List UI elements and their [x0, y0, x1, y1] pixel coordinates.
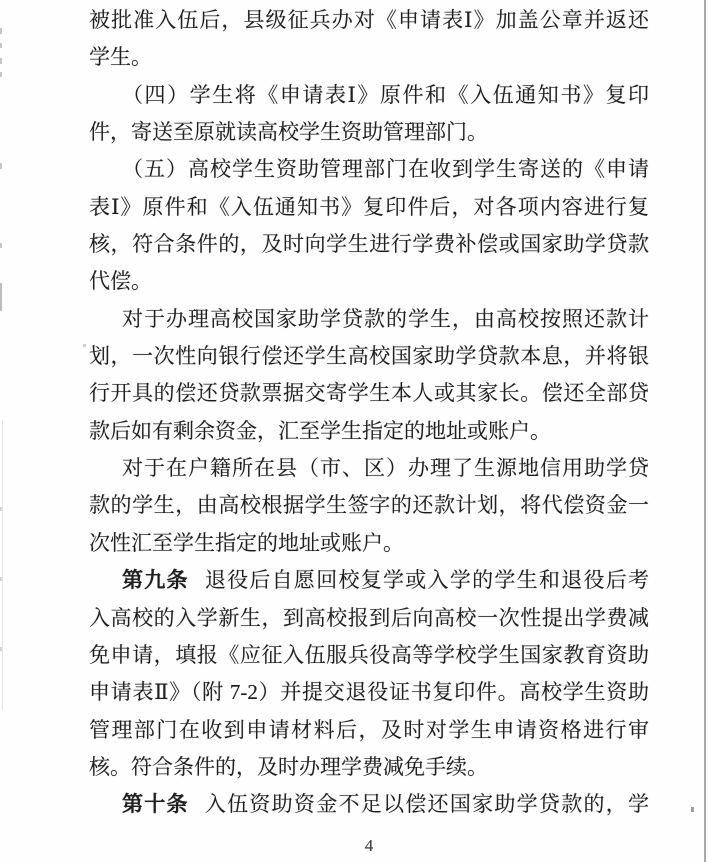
text-line: 被批准入伍后，县级征兵办对《申请表Ⅰ》加盖公章并返还 — [89, 2, 649, 39]
text-line: 划，一次性向银行偿还学生高校国家助学贷款本息，并将银 — [89, 338, 649, 375]
body-text: 被批准入伍后，县级征兵办对《申请表Ⅰ》加盖公章并返还 学生。 （四）学生将《申请… — [89, 2, 649, 824]
text-line: 管理部门在收到申请材料后，及时对学生申请资格进行审 — [89, 712, 649, 749]
scan-artifact — [0, 58, 2, 64]
scan-artifact — [0, 163, 2, 169]
scan-artifact — [0, 647, 2, 651]
article-text: 退役后自愿回校复学或入学的学生和退役后考 — [205, 568, 649, 592]
text-line: 款的学生，由高校根据学生签字的还款计划，将代偿资金一 — [89, 487, 649, 524]
scan-artifact — [0, 577, 2, 581]
scan-artifact — [0, 28, 2, 34]
article-number-bold: 第九条 — [122, 569, 189, 592]
text-line-article-10: 第十条入伍资助资金不足以偿还国家助学贷款的，学 — [89, 786, 649, 823]
text-line-article-9: 第九条退役后自愿回校复学或入学的学生和退役后考 — [89, 562, 649, 599]
scan-artifact — [0, 72, 2, 77]
scan-artifact — [2, 420, 3, 710]
scan-artifact — [0, 507, 2, 511]
text-line: 核。符合条件的，及时办理学费减免手续。 — [89, 749, 649, 786]
text-line: 代偿。 — [89, 263, 649, 300]
scan-artifact — [691, 807, 694, 812]
text-line: 免申请，填报《应征入伍服兵役高等学校学生国家教育资助 — [89, 637, 649, 674]
text-line: （五）高校学生资助管理部门在收到学生寄送的《申请 — [89, 151, 649, 188]
scan-artifact — [0, 243, 2, 248]
text-line: 对于办理高校国家助学贷款的学生，由高校按照还款计 — [89, 301, 649, 338]
text-line: 学生。 — [89, 39, 649, 76]
text-line: （四）学生将《申请表Ⅰ》原件和《入伍通知书》复印 — [89, 77, 649, 114]
scan-edge-line — [704, 0, 706, 862]
text-line: 表Ⅰ》原件和《入伍通知书》复印件后，对各项内容进行复 — [89, 189, 649, 226]
article-number-bold: 第十条 — [122, 793, 189, 816]
document-page: 被批准入伍后，县级征兵办对《申请表Ⅰ》加盖公章并返还 学生。 （四）学生将《申请… — [0, 0, 709, 862]
text-line: 申请表Ⅱ》（附 7-2）并提交退役证书复印件。高校学生资助 — [89, 674, 649, 711]
text-line: 入高校的入学新生，到高校报到后向高校一次性提出学费减 — [89, 600, 649, 637]
scan-artifact — [83, 344, 86, 347]
text-line: 行开具的偿还贷款票据交寄学生本人或其家长。偿还全部贷 — [89, 375, 649, 412]
text-line: 次性汇至学生指定的地址或账户。 — [89, 525, 649, 562]
text-line: 核，符合条件的，及时向学生进行学费补偿或国家助学贷款 — [89, 226, 649, 263]
page-number: 4 — [89, 836, 649, 856]
text-line: 款后如有剩余资金，汇至学生指定的地址或账户。 — [89, 413, 649, 450]
text-line: 件，寄送至原就读高校学生资助管理部门。 — [89, 114, 649, 151]
text-line: 对于在户籍所在县（市、区）办理了生源地信用助学贷 — [89, 450, 649, 487]
scan-artifact — [0, 43, 2, 48]
scan-artifact — [0, 283, 2, 311]
article-text: 入伍资助资金不足以偿还国家助学贷款的，学 — [205, 792, 649, 816]
